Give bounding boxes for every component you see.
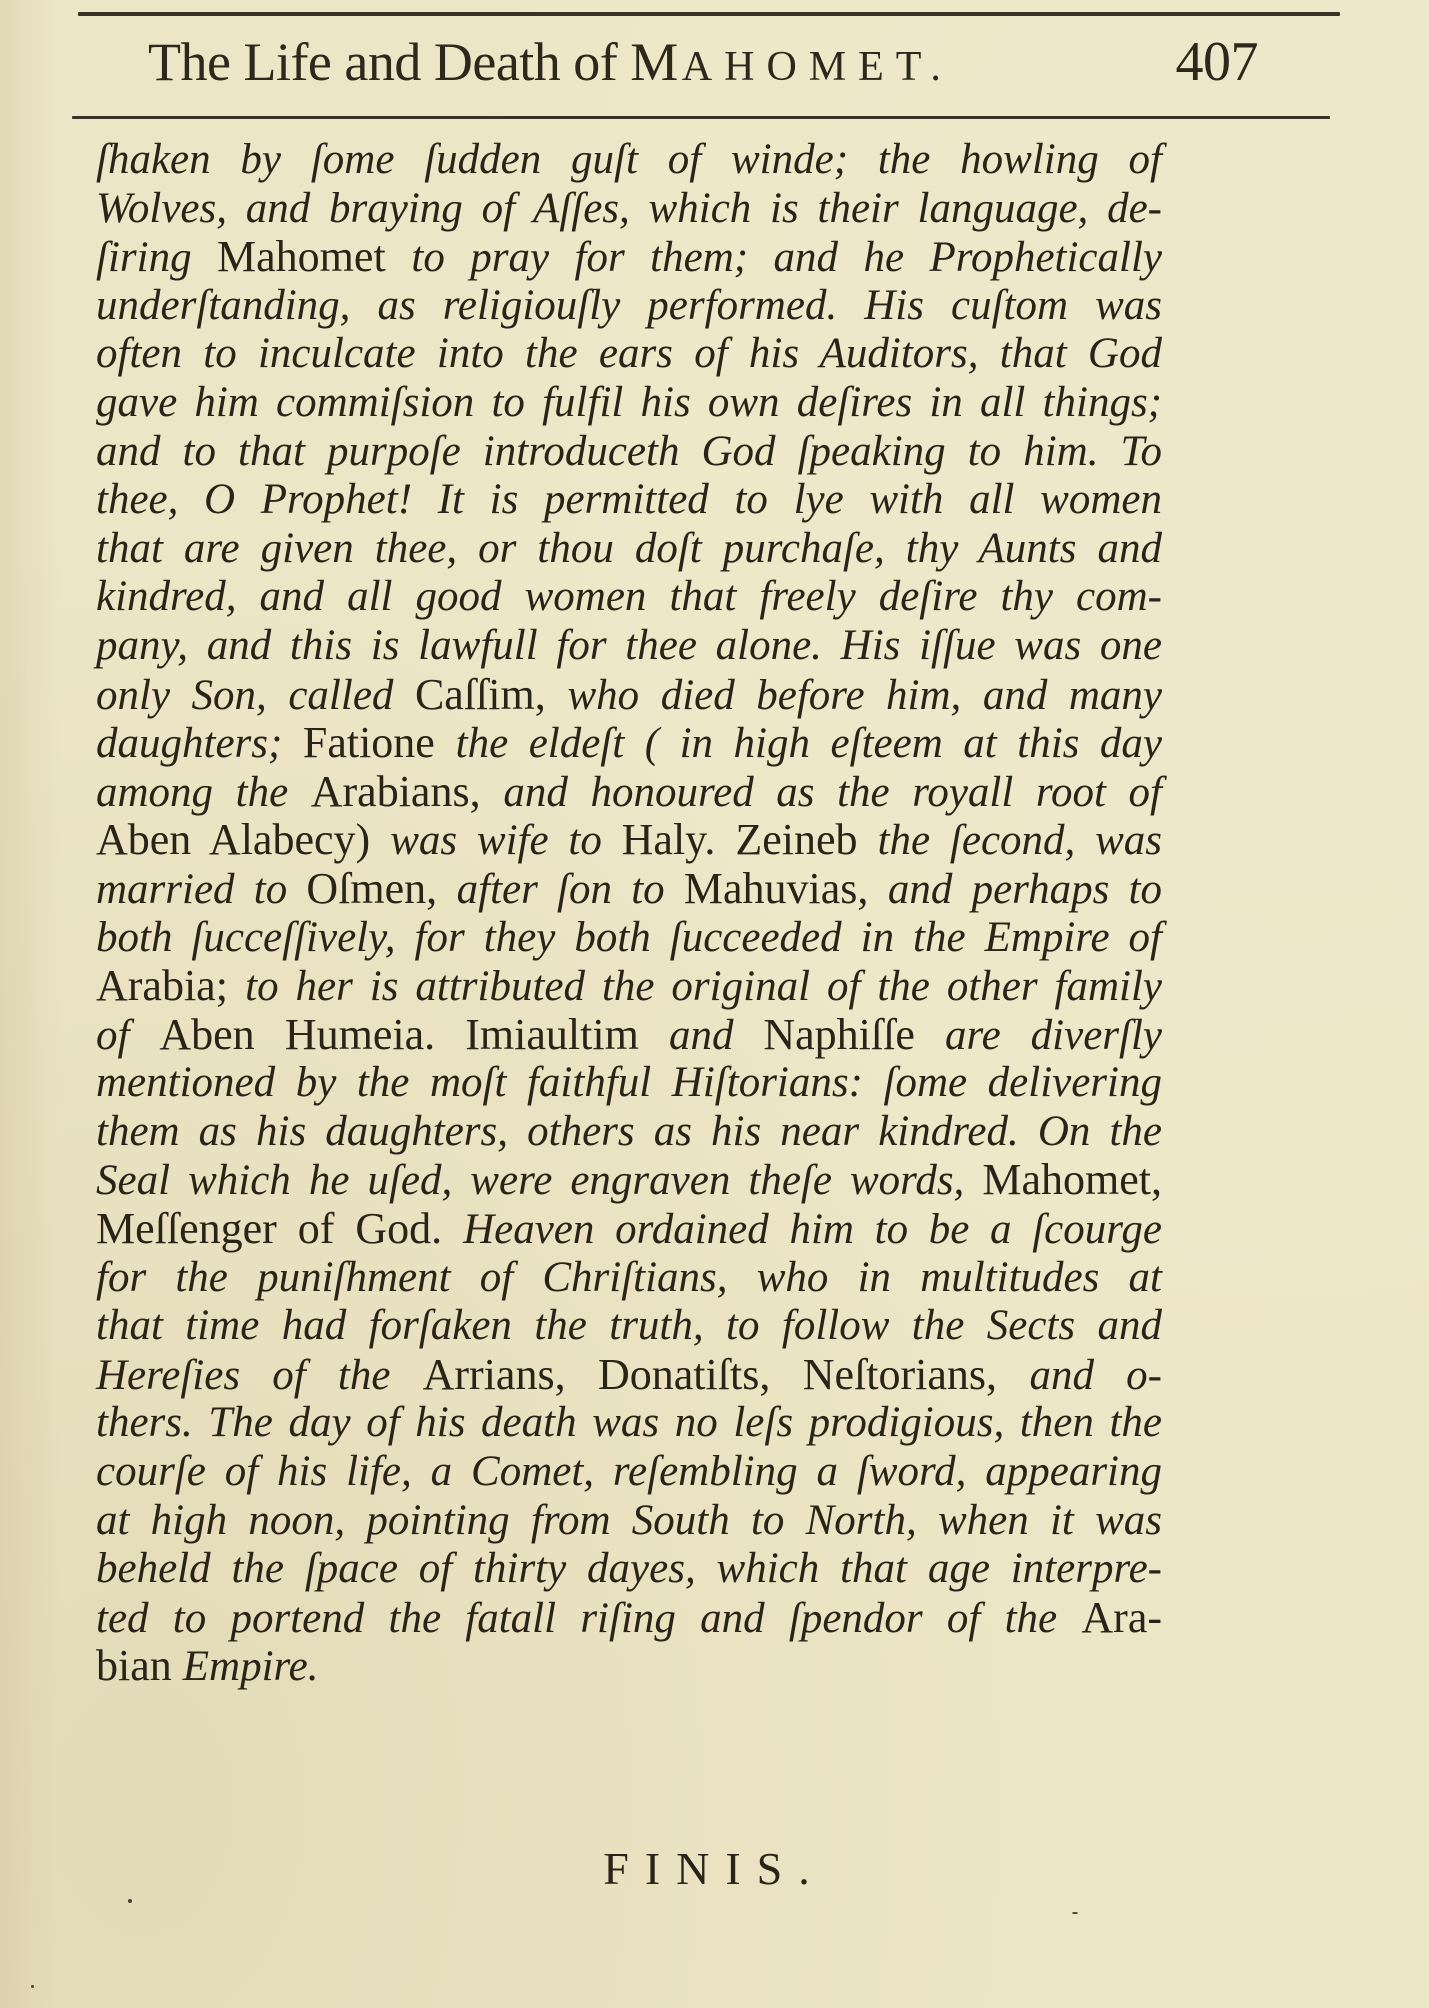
text-line: among the Arabians, and honoured as the … bbox=[96, 768, 1162, 817]
text-line: and to that purpoſe introduceth God ſpea… bbox=[96, 428, 1162, 477]
italic-text: at high noon, pointing from South to Nor… bbox=[96, 1497, 1162, 1544]
italic-text: both ſucceſſively, for they both ſucceed… bbox=[96, 914, 1162, 961]
paper-speck bbox=[31, 1985, 34, 1988]
text-line: thers. The day of his death was no leſs … bbox=[96, 1399, 1162, 1448]
italic-text: ted to portend the fatall riſing and ſpe… bbox=[96, 1595, 1081, 1642]
italic-text: to her is attributed the original of the… bbox=[245, 963, 1162, 1010]
italic-text: ſhaken by ſome ſudden guſt of winde; the… bbox=[96, 136, 1162, 183]
italic-text: beheld the ſpace of thirty dayes, which … bbox=[96, 1545, 1162, 1592]
italic-text: that are given thee, or thou doſt purcha… bbox=[96, 525, 1162, 572]
text-line: thee, O Prophet! It is permitted to lye … bbox=[96, 476, 1162, 525]
text-line: beheld the ſpace of thirty dayes, which … bbox=[96, 1545, 1162, 1594]
italic-text: and perhaps to bbox=[888, 866, 1162, 913]
italic-text: daughters; bbox=[96, 720, 303, 767]
text-line: of Aben Humeia. Imiaultim and Naphiſſe a… bbox=[96, 1011, 1162, 1060]
italic-text: thers. The day of his death was no leſs … bbox=[96, 1399, 1162, 1446]
text-line: Seal which he uſed, were engraven theſe … bbox=[96, 1156, 1162, 1205]
italic-text: Heaven ordained him to be a ſcourge bbox=[463, 1206, 1162, 1253]
italic-text: of bbox=[96, 1012, 159, 1059]
italic-text: and honoured as the royall root of bbox=[503, 769, 1162, 816]
text-line: mentioned by the moſt faithful Hiſtorian… bbox=[96, 1059, 1162, 1108]
italic-text: after ſon to bbox=[457, 866, 684, 913]
italic-text: to pray for them; and he Prophetically bbox=[411, 234, 1162, 281]
roman-text: Ara- bbox=[1081, 1593, 1162, 1642]
roman-text: Arabia; bbox=[96, 961, 245, 1010]
italic-text: that time had forſaken the truth, to fol… bbox=[96, 1302, 1162, 1349]
book-page: The Life and Death of MAHOMET. 407 ſhake… bbox=[0, 0, 1429, 2008]
roman-text: Naphiſſe bbox=[763, 1010, 945, 1059]
roman-text: Mahomet bbox=[217, 232, 411, 281]
italic-text: mentioned by the moſt faithful Hiſtorian… bbox=[96, 1059, 1162, 1106]
roman-text: Arabians, bbox=[311, 767, 504, 816]
text-line: that time had forſaken the truth, to fol… bbox=[96, 1302, 1162, 1351]
body-text: ſhaken by ſome ſudden guſt of winde; the… bbox=[96, 136, 1162, 1691]
text-line: them as his daughters, others as his nea… bbox=[96, 1108, 1162, 1157]
text-line: Meſſenger of God. Heaven ordained him to… bbox=[96, 1205, 1162, 1254]
text-line: ſhaken by ſome ſudden guſt of winde; the… bbox=[96, 136, 1162, 185]
page-number: 407 bbox=[1176, 22, 1259, 102]
running-head-title-caps: AHOMET. bbox=[682, 44, 953, 90]
roman-text: Arrians, Donatiſts, Neſtorians, bbox=[423, 1350, 1030, 1399]
roman-text: Meſſenger of God. bbox=[96, 1204, 463, 1253]
italic-text: Seal which he uſed, were engraven theſe … bbox=[96, 1157, 982, 1204]
roman-text: Fatione bbox=[303, 718, 456, 767]
text-line: kindred, and all good women that freely … bbox=[96, 573, 1162, 622]
italic-text: often to inculcate into the ears of his … bbox=[96, 330, 1162, 377]
italic-text: who died before him, and many bbox=[568, 672, 1163, 719]
running-head: The Life and Death of MAHOMET. 407 bbox=[148, 22, 1258, 102]
text-line: married to Oſmen, after ſon to Mahuvias,… bbox=[96, 865, 1162, 914]
roman-text: Caſſim, bbox=[415, 670, 568, 719]
italic-text: and o- bbox=[1029, 1352, 1162, 1399]
italic-text: the ſecond, was bbox=[878, 817, 1162, 864]
italic-text: them as his daughters, others as his nea… bbox=[96, 1108, 1162, 1155]
running-head-title: The Life and Death of M bbox=[148, 32, 678, 92]
roman-text: Aben Humeia. Imiaultim bbox=[159, 1010, 669, 1059]
roman-text: Mahomet, bbox=[982, 1155, 1162, 1204]
italic-text: the eldeſt ( in high eſteem at this day bbox=[456, 720, 1162, 767]
text-line: gave him commiſsion to fulfil his own de… bbox=[96, 379, 1162, 428]
roman-text: bian bbox=[96, 1641, 183, 1690]
text-line: bian Empire. bbox=[96, 1642, 1162, 1691]
text-line: Hereſies of the Arrians, Donatiſts, Neſt… bbox=[96, 1351, 1162, 1400]
text-line: ſiring Mahomet to pray for them; and he … bbox=[96, 233, 1162, 282]
roman-text: Haly. Zeineb bbox=[622, 815, 878, 864]
italic-text: married to bbox=[96, 866, 306, 913]
text-line: often to inculcate into the ears of his … bbox=[96, 330, 1162, 379]
italic-text: thee, O Prophet! It is permitted to lye … bbox=[96, 476, 1162, 523]
italic-text: kindred, and all good women that freely … bbox=[96, 573, 1162, 620]
italic-text: are diverſly bbox=[945, 1012, 1162, 1059]
text-line: Arabia; to her is attributed the origina… bbox=[96, 962, 1162, 1011]
text-line: both ſucceſſively, for they both ſucceed… bbox=[96, 914, 1162, 963]
text-line: pany, and this is lawfull for thee alone… bbox=[96, 622, 1162, 671]
roman-text: Aben Alabecy) bbox=[96, 815, 390, 864]
italic-text: Empire. bbox=[183, 1643, 319, 1690]
paper-speck bbox=[1072, 1912, 1078, 1914]
header-rule-top bbox=[78, 12, 1340, 16]
text-line: for the puniſhment of Chriſtians, who in… bbox=[96, 1254, 1162, 1303]
italic-text: only Son, called bbox=[96, 672, 415, 719]
text-line: only Son, called Caſſim, who died before… bbox=[96, 671, 1162, 720]
italic-text: and to that purpoſe introduceth God ſpea… bbox=[96, 428, 1162, 475]
italic-text: underſtanding, as religiouſly performed.… bbox=[96, 282, 1162, 329]
roman-text: Oſmen, bbox=[306, 864, 456, 913]
italic-text: Wolves, and braying of Aſſes, which is t… bbox=[96, 185, 1162, 232]
finis-colophon: FINIS. bbox=[0, 1842, 1429, 1895]
text-line: that are given thee, or thou doſt purcha… bbox=[96, 525, 1162, 574]
italic-text: Hereſies of the bbox=[96, 1352, 423, 1399]
text-line: underſtanding, as religiouſly performed.… bbox=[96, 282, 1162, 331]
italic-text: was wife to bbox=[390, 817, 621, 864]
roman-text: Mahuvias, bbox=[684, 864, 888, 913]
paper-speck bbox=[128, 1899, 132, 1903]
text-line: ted to portend the fatall riſing and ſpe… bbox=[96, 1594, 1162, 1643]
text-line: Aben Alabecy) was wife to Haly. Zeineb t… bbox=[96, 816, 1162, 865]
header-rule-bottom bbox=[72, 116, 1330, 119]
text-line: daughters; Fatione the eldeſt ( in high … bbox=[96, 719, 1162, 768]
text-line: Wolves, and braying of Aſſes, which is t… bbox=[96, 185, 1162, 234]
italic-text: gave him commiſsion to fulfil his own de… bbox=[96, 379, 1162, 426]
italic-text: ſiring bbox=[96, 234, 217, 281]
text-line: at high noon, pointing from South to Nor… bbox=[96, 1497, 1162, 1546]
italic-text: courſe of his life, a Comet, reſembling … bbox=[96, 1448, 1162, 1495]
italic-text: and bbox=[669, 1012, 763, 1059]
text-line: courſe of his life, a Comet, reſembling … bbox=[96, 1448, 1162, 1497]
italic-text: pany, and this is lawfull for thee alone… bbox=[96, 622, 1162, 669]
italic-text: among the bbox=[96, 769, 311, 816]
italic-text: for the puniſhment of Chriſtians, who in… bbox=[96, 1254, 1162, 1301]
